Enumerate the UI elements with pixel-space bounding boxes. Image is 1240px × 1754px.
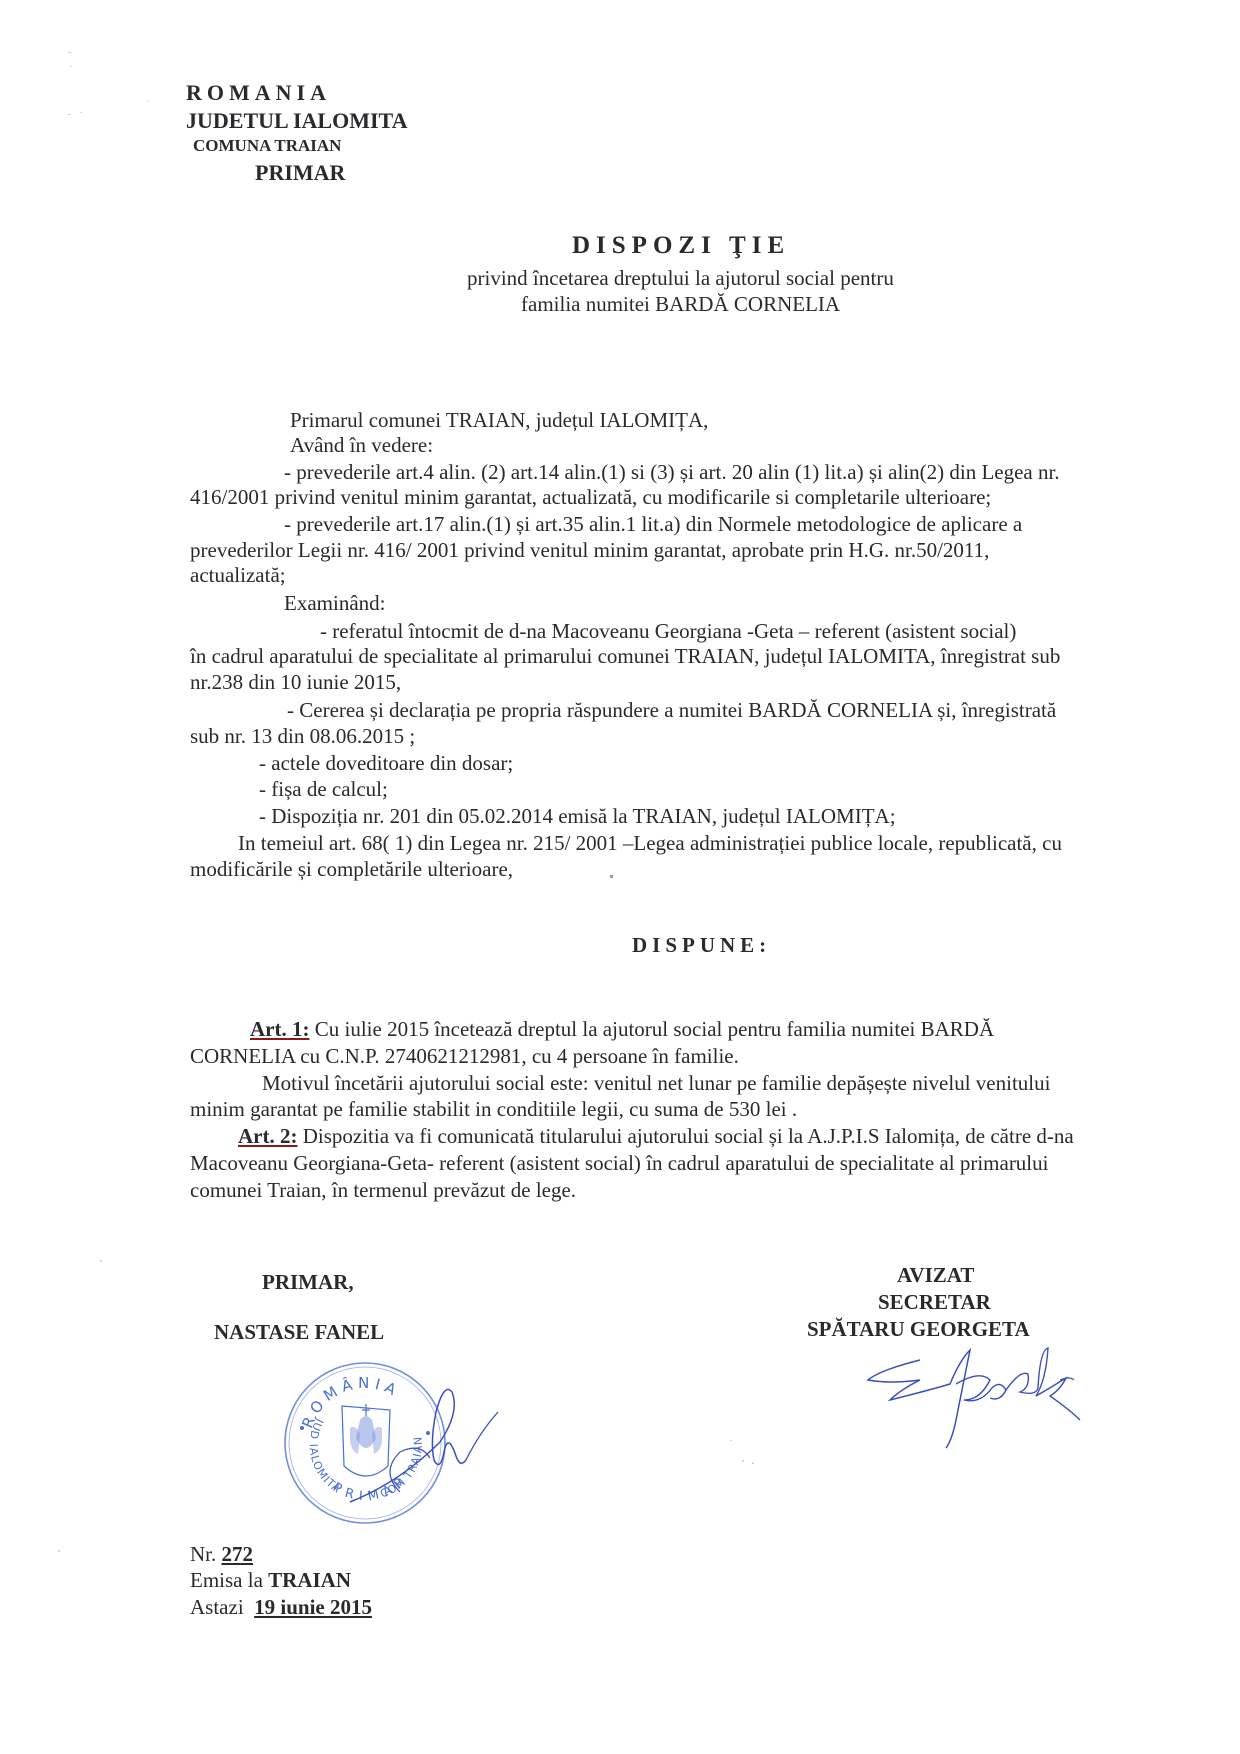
scan-artifacts <box>0 0 1240 1754</box>
